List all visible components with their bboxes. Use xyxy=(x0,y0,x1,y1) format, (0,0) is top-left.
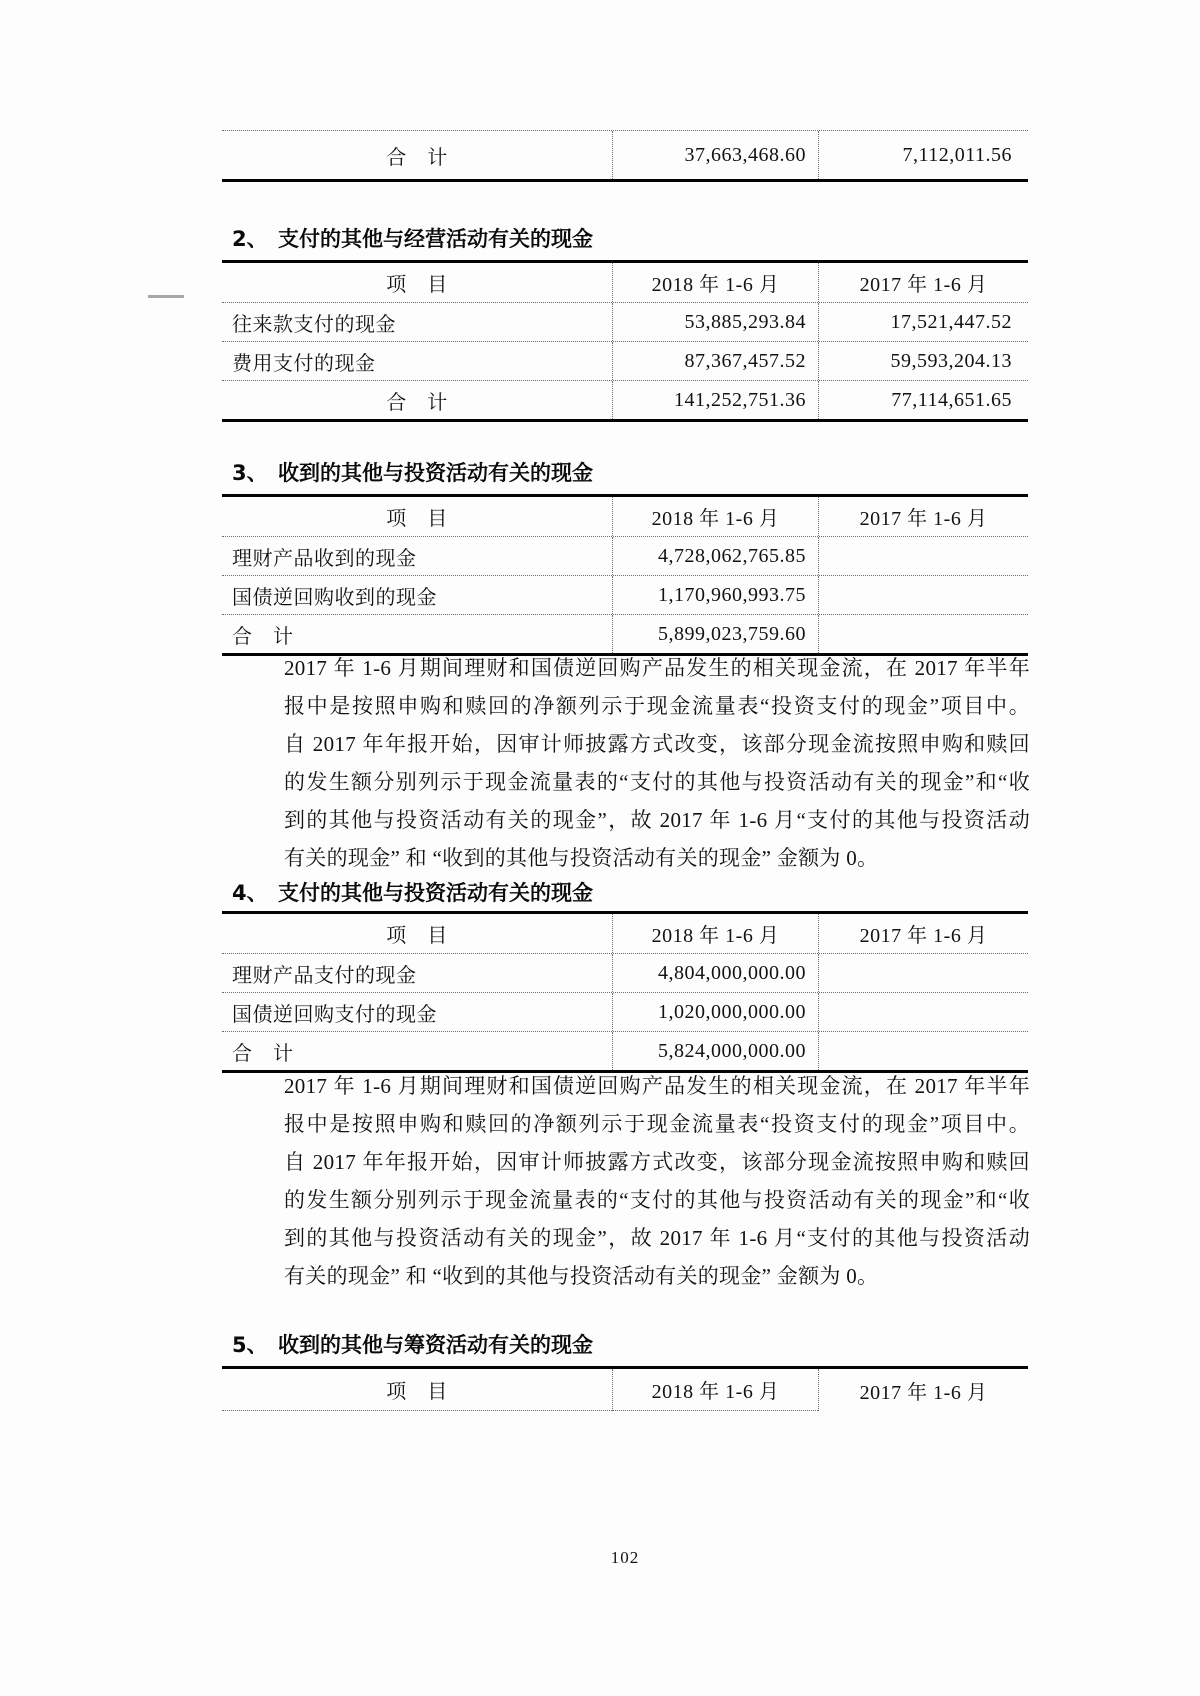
table-row: 理财产品收到的现金 4,728,062,765.85 xyxy=(222,537,1028,576)
note-line: 报中是按照申购和赎回的净额列示于现金流量表“投资支付的现金”项目中。 xyxy=(284,1105,1030,1143)
item-cell: 理财产品支付的现金 xyxy=(222,954,612,992)
item-cell: 理财产品收到的现金 xyxy=(222,537,612,575)
section-3-number: 3、 xyxy=(222,458,278,488)
value-2018-cell: 5,824,000,000.00 xyxy=(612,1032,818,1070)
value-2017-cell: 17,521,447.52 xyxy=(818,303,1028,341)
section-4-heading: 4、支付的其他与投资活动有关的现金 xyxy=(222,878,1028,908)
col-header-2018: 2018 年 1-6 月 xyxy=(612,263,818,302)
value-2017-cell xyxy=(818,537,1028,575)
section-3-heading: 3、收到的其他与投资活动有关的现金 xyxy=(222,458,1028,488)
table-section-5: 项 目 2018 年 1-6 月 2017 年 1-6 月 xyxy=(222,1366,1028,1411)
note-line: 的发生额分别列示于现金流量表的“支付的其他与投资活动有关的现金”和“收 xyxy=(284,1181,1030,1219)
value-2018-cell: 53,885,293.84 xyxy=(612,303,818,341)
section-4-number: 4、 xyxy=(222,878,278,908)
value-2017-cell xyxy=(818,993,1028,1031)
section-5-title: 收到的其他与筹资活动有关的现金 xyxy=(278,1333,593,1357)
col-header-item: 项 目 xyxy=(222,1369,612,1411)
value-2018-cell: 1,170,960,993.75 xyxy=(612,576,818,614)
page-number: 102 xyxy=(222,1548,1028,1568)
item-cell: 国债逆回购收到的现金 xyxy=(222,576,612,614)
item-cell: 往来款支付的现金 xyxy=(222,303,612,341)
table-row: 费用支付的现金 87,367,457.52 59,593,204.13 xyxy=(222,342,1028,381)
note-line: 报中是按照申购和赎回的净额列示于现金流量表“投资支付的现金”项目中。 xyxy=(284,687,1030,725)
value-2018-cell: 1,020,000,000.00 xyxy=(612,993,818,1031)
table-total-row: 合 计 5,824,000,000.00 xyxy=(222,1032,1028,1070)
table-row: 合 计 37,663,468.60 7,112,011.56 xyxy=(222,131,1028,179)
table-row: 往来款支付的现金 53,885,293.84 17,521,447.52 xyxy=(222,303,1028,342)
table-previous-total-row: 合 计 37,663,468.60 7,112,011.56 xyxy=(222,130,1028,182)
note-line: 有关的现金” 和 “收到的其他与投资活动有关的现金” 金额为 0。 xyxy=(284,839,1030,877)
col-header-2017: 2017 年 1-6 月 xyxy=(818,914,1028,953)
note-line: 到的其他与投资活动有关的现金”，故 2017 年 1-6 月“支付的其他与投资活… xyxy=(284,1219,1030,1257)
table-header-row: 项 目 2018 年 1-6 月 2017 年 1-6 月 xyxy=(222,1369,1028,1411)
value-2017-cell xyxy=(818,576,1028,614)
value-2017-cell xyxy=(818,1032,1028,1070)
value-2017-cell: 59,593,204.13 xyxy=(818,342,1028,380)
value-2017-cell: 77,114,651.65 xyxy=(818,381,1028,419)
note-line: 的发生额分别列示于现金流量表的“支付的其他与投资活动有关的现金”和“收 xyxy=(284,763,1030,801)
col-header-item: 项 目 xyxy=(222,914,612,953)
note-line: 2017 年 1-6 月期间理财和国债逆回购产品发生的相关现金流，在 2017 … xyxy=(284,1067,1030,1105)
note-line: 自 2017 年年报开始，因审计师披露方式改变，该部分现金流按照申购和赎回 xyxy=(284,1143,1030,1181)
value-2017-cell: 7,112,011.56 xyxy=(818,131,1028,179)
value-2018-cell: 87,367,457.52 xyxy=(612,342,818,380)
table-total-row: 合 计 141,252,751.36 77,114,651.65 xyxy=(222,381,1028,419)
document-page: 合 计 37,663,468.60 7,112,011.56 2、支付的其他与经… xyxy=(0,0,1200,1696)
note-line: 自 2017 年年报开始，因审计师披露方式改变，该部分现金流按照申购和赎回 xyxy=(284,725,1030,763)
section-2-title: 支付的其他与经营活动有关的现金 xyxy=(278,227,593,251)
table-section-3: 项 目 2018 年 1-6 月 2017 年 1-6 月 理财产品收到的现金 … xyxy=(222,494,1028,656)
total-label-cell: 合 计 xyxy=(222,1032,612,1070)
total-label-cell: 合 计 xyxy=(222,381,612,419)
note-paragraph-1: 2017 年 1-6 月期间理财和国债逆回购产品发生的相关现金流，在 2017 … xyxy=(284,649,1030,877)
note-line: 2017 年 1-6 月期间理财和国债逆回购产品发生的相关现金流，在 2017 … xyxy=(284,649,1030,687)
table-row: 国债逆回购支付的现金 1,020,000,000.00 xyxy=(222,993,1028,1032)
note-line: 有关的现金” 和 “收到的其他与投资活动有关的现金” 金额为 0。 xyxy=(284,1257,1030,1295)
table-section-4: 项 目 2018 年 1-6 月 2017 年 1-6 月 理财产品支付的现金 … xyxy=(222,911,1028,1073)
table-header-row: 项 目 2018 年 1-6 月 2017 年 1-6 月 xyxy=(222,497,1028,537)
note-line: 到的其他与投资活动有关的现金”，故 2017 年 1-6 月“支付的其他与投资活… xyxy=(284,801,1030,839)
col-header-item: 项 目 xyxy=(222,263,612,302)
value-2018-cell: 141,252,751.36 xyxy=(612,381,818,419)
margin-mark xyxy=(148,295,184,298)
value-2017-cell xyxy=(818,954,1028,992)
section-2-heading: 2、支付的其他与经营活动有关的现金 xyxy=(222,224,1028,254)
col-header-item: 项 目 xyxy=(222,497,612,536)
table-header-row: 项 目 2018 年 1-6 月 2017 年 1-6 月 xyxy=(222,263,1028,303)
item-cell: 费用支付的现金 xyxy=(222,342,612,380)
value-2018-cell: 4,804,000,000.00 xyxy=(612,954,818,992)
table-section-2: 项 目 2018 年 1-6 月 2017 年 1-6 月 往来款支付的现金 5… xyxy=(222,260,1028,422)
col-header-2017: 2017 年 1-6 月 xyxy=(818,1369,1028,1411)
section-2-number: 2、 xyxy=(222,224,278,254)
table-row: 国债逆回购收到的现金 1,170,960,993.75 xyxy=(222,576,1028,615)
table-total-row: 合 计 5,899,023,759.60 xyxy=(222,615,1028,653)
value-2018-cell: 5,899,023,759.60 xyxy=(612,615,818,653)
value-2017-cell xyxy=(818,615,1028,653)
section-5-number: 5、 xyxy=(222,1330,278,1360)
total-label-cell: 合 计 xyxy=(222,131,612,179)
table-header-row: 项 目 2018 年 1-6 月 2017 年 1-6 月 xyxy=(222,914,1028,954)
section-5-heading: 5、收到的其他与筹资活动有关的现金 xyxy=(222,1330,1028,1360)
item-cell: 国债逆回购支付的现金 xyxy=(222,993,612,1031)
col-header-2017: 2017 年 1-6 月 xyxy=(818,263,1028,302)
col-header-2018: 2018 年 1-6 月 xyxy=(612,1369,818,1411)
total-label-cell: 合 计 xyxy=(222,615,612,653)
section-4-title: 支付的其他与投资活动有关的现金 xyxy=(278,881,593,905)
note-paragraph-2: 2017 年 1-6 月期间理财和国债逆回购产品发生的相关现金流，在 2017 … xyxy=(284,1067,1030,1295)
col-header-2018: 2018 年 1-6 月 xyxy=(612,914,818,953)
table-row: 理财产品支付的现金 4,804,000,000.00 xyxy=(222,954,1028,993)
section-3-title: 收到的其他与投资活动有关的现金 xyxy=(278,461,593,485)
value-2018-cell: 4,728,062,765.85 xyxy=(612,537,818,575)
col-header-2018: 2018 年 1-6 月 xyxy=(612,497,818,536)
value-2018-cell: 37,663,468.60 xyxy=(612,131,818,179)
col-header-2017: 2017 年 1-6 月 xyxy=(818,497,1028,536)
